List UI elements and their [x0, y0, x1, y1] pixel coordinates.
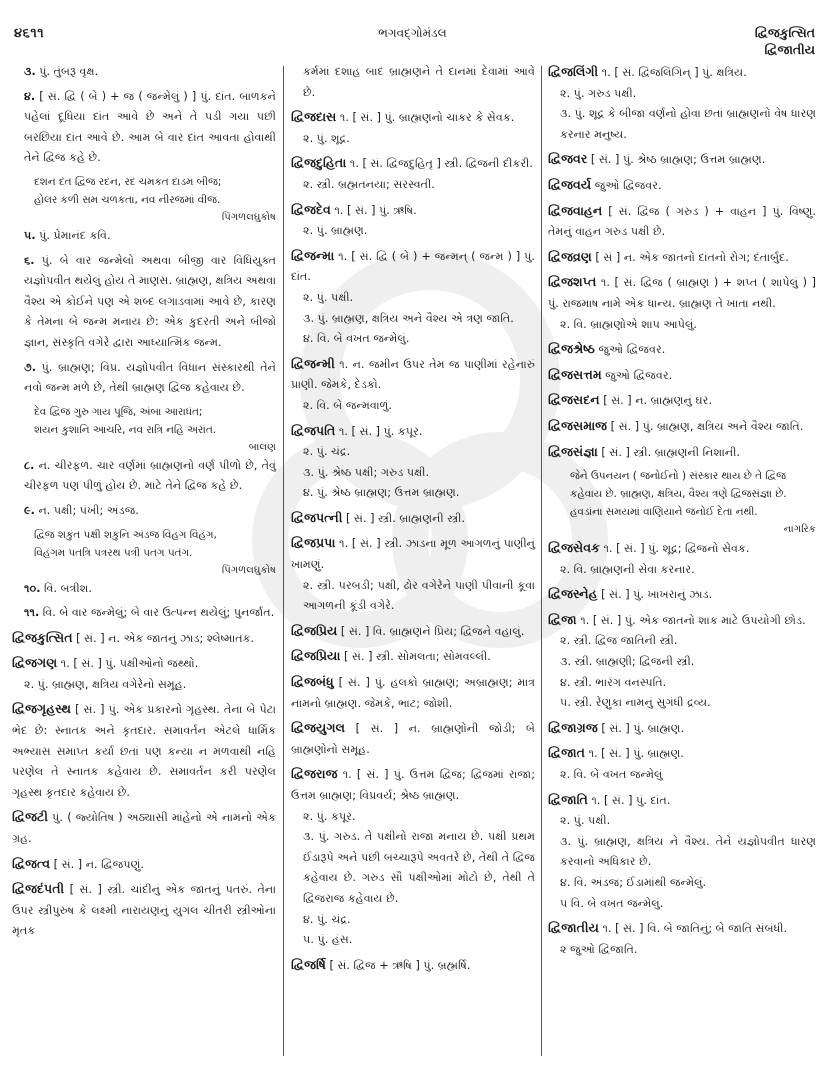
dictionary-entry: દ્વિજાતિ ૧. [ સં. ] પું. દાંત.૨. પું. પક…	[548, 790, 816, 915]
dictionary-entry: દ્વિજદાસ ૧. [ સં. ] પું. બ્રાહ્મણનો ચાકર…	[291, 107, 535, 149]
column-3: દ્વિજલિંગી ૧. [ સં. દ્વિજલિંગિન્ ] પું. …	[548, 62, 816, 964]
dictionary-entry: દ્વિજગૃહસ્થ [ સં. ] પું. એક પ્રકારનો ગૃહ…	[12, 699, 276, 803]
guide-words: દ્વિજકુત્સિત દ્વિજાતીય	[755, 24, 815, 58]
sense-definition: ૨. સ્ત્રી. બ્રહ્મતનયા; સરસ્વતી.	[291, 175, 535, 196]
headword: દ્વિજપ્રિય	[291, 623, 337, 638]
quote-line: હોલર કળી સમ ચળકતા, નવ નીરજમાં વીજ.	[12, 191, 276, 209]
citation-source: પિંગળલઘુકોષ	[12, 209, 276, 226]
sense-definition: ૮. ન. ચીરફળ. ચાર વર્ણમાં બ્રાહ્મણનો વર્ણ…	[12, 456, 276, 497]
sense-definition: ૨. વિ. બ્રાહ્મણની સેવા કરનાર.	[548, 560, 816, 581]
continued-text: કર્મમાં દશાહ બાદ બ્રાહ્મણને તે દાનમાં દે…	[291, 62, 535, 103]
sense-text: પું. બે વાર જન્મેલો અથવા બીજી વાર વિધિયુ…	[24, 254, 276, 349]
sense-definition: ૩. પું. બ્રાહ્મણ, ક્ષત્રિય અને વૈશ્ય એ ત…	[291, 309, 535, 330]
citation-quote: દ્વિજ શકુંત પક્ષી શકુનિ અંડજ વિહગ વિહંગ,…	[12, 526, 276, 579]
entry-definition: ૧. [ સં. ] પું. શૂદ્ર; દ્વિજનો સેવક.	[604, 542, 750, 555]
headword: દ્વિજર્ષિ	[291, 957, 326, 972]
dictionary-entry: દ્વિજન્મા ૧. [ સં. દ્વિ ( બે ) + જન્મન્ …	[291, 246, 535, 350]
dictionary-entry: દ્વિજસમાજ [ સં. ] પું. બ્રાહ્મણ, ક્ષત્રિ…	[548, 416, 816, 438]
dictionary-entry: દ્વિજટી પું. ( જ્યોતિષ ) અઠ્યાસી માંહેનો…	[12, 807, 276, 849]
dictionary-entry: દ્વિજાતીય ૧. [ સં. ] વિ. બે જાતિનું; બે …	[548, 918, 816, 960]
dictionary-entry: દ્વિજા ૧. [ સં. ] પું. એક જાતનો શાક માટે…	[548, 610, 816, 714]
dictionary-entry: દ્વિજવર [ સં. ] પું. શ્રેષ્ઠ બ્રાહ્મણ; ઉ…	[548, 149, 816, 171]
dictionary-entry: દ્વિજદંપતી [ સં. ] સ્ત્રી. ચાંદીનું એક જ…	[12, 879, 276, 942]
sense-definition: ૨. પું. શૂદ્ર.	[291, 129, 535, 150]
sense-number: ૬.	[24, 254, 35, 267]
dictionary-entry: દ્વિજત્વ [ સં. ] ન. દ્વિજપણું.	[12, 854, 276, 876]
sense-definition: ૨. પું. પક્ષી.	[548, 811, 816, 832]
headword: દ્વિજાત	[548, 745, 585, 760]
sense-number: ૫.	[24, 229, 36, 242]
quote-line: દશન દંત દ્વિજ રદન, રદ ચમકત દાડમ બીજ;	[12, 173, 276, 191]
headword: દ્વિજસ્નેહ	[548, 586, 598, 601]
column-1: ૩. પું. તુંબરૂ વૃક્ષ.૪. [ સં. દ્વિ ( બે …	[12, 62, 276, 946]
sense-definition: ૨. પું. બ્રાહ્મણ, ક્ષત્રિય વગેરેનો સમૂહ.	[12, 675, 276, 696]
sense-definition: ૭. પું. બ્રાહ્મણ; વિપ્ર. યજ્ઞોપવીત વિધાન…	[12, 358, 276, 399]
headword: દ્વિજબંધુ	[291, 674, 334, 689]
dictionary-entry: દ્વિજસ્નેહ [ સં. ] પું. ખાખરાનું ઝાડ.	[548, 584, 816, 606]
sense-number: ૯.	[24, 504, 35, 517]
sense-definition: ૬. પું. બે વાર જન્મેલો અથવા બીજી વાર વિધ…	[12, 251, 276, 354]
sense-definition: ૨. સ્ત્રી. દ્વિજ જાતિની સ્ત્રી.	[548, 631, 816, 652]
headword: દ્વિજસદન	[548, 392, 600, 407]
entry-definition: ૧. [ સં. ] પું. બ્રાહ્મણનો ચાકર કે સેવક.	[340, 111, 514, 124]
sense-definition: ૫. સ્ત્રી. રેણુકા નામનું સુગંધી દ્રવ્ય.	[548, 693, 816, 714]
sense-definition: ૪. વિ. અંડજ; ઈંડામાંથી જન્મેલું.	[548, 873, 816, 894]
sense-definition: ૨. વિ. બ્રાહ્મણોએ શાપ આપેલું.	[548, 315, 816, 336]
dictionary-entry: દ્વિજસંજ્ઞા [ સં. ] સ્ત્રી. બ્રાહ્મણની ન…	[548, 442, 816, 464]
sense-number: ૩.	[24, 65, 36, 78]
sense-text: પું. તુંબરૂ વૃક્ષ.	[39, 65, 98, 78]
entry-definition: જુઓ દ્વિજવર.	[595, 179, 662, 192]
quote-line: દેવ દ્વિજ ગુરુ ગાય પૂજિ, અંબા આરાધંત;	[12, 403, 276, 421]
dictionary-entry: દ્વિજસદન [ સં. ] ન. બ્રાહ્મણનું ઘર.	[548, 390, 816, 412]
headword: દ્વિજસેવક	[548, 540, 600, 555]
entry-definition: ૧. [ સં. ] પું. કપૂર.	[339, 425, 422, 438]
headword: દ્વિજપ્રિયા	[291, 648, 340, 663]
dictionary-entry: દ્વિજદેવ ૧. [ સં. ] પું. ઋષિ.૨. પું. બ્ર…	[291, 200, 535, 242]
dictionary-entry: દ્વિજદુહિતા ૧. [ સં. દ્વિજદુહિતૃ ] સ્ત્ર…	[291, 153, 535, 195]
sense-text: ન. ચીરફળ. ચાર વર્ણમાં બ્રાહ્મણનો વર્ણ પી…	[24, 459, 276, 493]
dictionary-entry: દ્વિજવાહન [ સં. દ્વિજ ( ગરુડ ) + વાહન ] …	[548, 201, 816, 243]
dictionary-columns: ૩. પું. તુંબરૂ વૃક્ષ.૪. [ સં. દ્વિ ( બે …	[0, 62, 825, 1062]
sense-definition: ૪. સ્ત્રી. ભારંગ વનસ્પતિ.	[548, 673, 816, 694]
entry-definition: જુઓ દ્વિજવર.	[598, 343, 665, 356]
headword: દ્વિજત્વ	[12, 856, 50, 871]
dictionary-entry: દ્વિજકુત્સિત [ સં. ] ન. એક જાતનું ઝાડ; શ…	[12, 628, 276, 650]
column-divider	[283, 66, 284, 1056]
sense-definition: ૩. પું. શ્રેષ્ઠ પક્ષી; ગરુડ પક્ષી.	[291, 463, 535, 484]
quote-line: વિહંગમ પતત્રિ પત્રરથ પત્રી પતગ પતંગ.	[12, 544, 276, 562]
dictionary-entry: દ્વિજસત્તમ જુઓ દ્વિજવર.	[548, 365, 816, 387]
sense-definition: ૨. સ્ત્રી. પરબડી; પક્ષી, ઢોર વગેરેને પાણ…	[291, 576, 535, 617]
sense-definition: ૨. પું. ચંદ્ર.	[291, 442, 535, 463]
dictionary-entry: દ્વિજશપ્ત ૧. [ સં. દ્વિજ ( બ્રાહ્મણ ) + …	[548, 272, 816, 335]
dictionary-entry: દ્વિજપતિ ૧. [ સં. ] પું. કપૂર.૨. પું. ચં…	[291, 421, 535, 504]
entry-definition: ૧. [ સં. ] પું. પક્ષીઓનો જથ્થો.	[61, 657, 199, 670]
page-header: ૪૬૧૧ ભગવદ્ગોમંડલ દ્વિજકુત્સિત દ્વિજાતીય	[0, 0, 825, 50]
book-title: ભગવદ્ગોમંડલ	[0, 26, 825, 41]
sense-number: ૧૦.	[24, 582, 40, 595]
sense-definition: ૫ વિ. બે વખત જન્મેલું.	[548, 894, 816, 915]
headword: દ્વિજરાજ	[291, 766, 338, 781]
sense-definition: ૨. વિ. બે જન્મવાળું.	[291, 396, 535, 417]
headword: દ્વિજાતીય	[548, 920, 599, 935]
column-2: કર્મમાં દશાહ બાદ બ્રાહ્મણને તે દાનમાં દે…	[291, 62, 535, 980]
sense-definition: ૩. પું. શૂદ્ર કે બીજા વર્ણનો હોવા છતાં બ…	[548, 104, 816, 145]
entry-definition: [ સં. ] સ્ત્રી. બ્રાહ્મણની નિશાની.	[601, 446, 740, 459]
entry-definition: [ સં ] ન. એક જાતનો દાંતનો રોગ; દંતાર્બુદ…	[595, 251, 788, 264]
entry-definition: ૧. [ સં. ] પું. ઋષિ.	[334, 204, 416, 217]
guide-word-last: દ્વિજાતીય	[755, 41, 815, 58]
headword: દ્વિજશપ્ત	[548, 274, 596, 289]
entry-definition: જુઓ દ્વિજવર.	[605, 369, 672, 382]
headword: દ્વિજકુત્સિત	[12, 630, 73, 645]
entry-definition: ૧. [ સં. ] પું. એક જાતનો શાક માટે ઉપયોગી…	[580, 614, 805, 627]
dictionary-entry: દ્વિજાત ૧. [ સં. ] પું. બ્રાહ્મણ.૨. વિ. …	[548, 743, 816, 785]
sense-number: ૮.	[24, 459, 34, 472]
headword: દ્વિજસંજ્ઞા	[548, 444, 598, 459]
headword: દ્વિજન્મી	[291, 356, 335, 371]
dictionary-entry: દ્વિજગણ ૧. [ સં. ] પું. પક્ષીઓનો જથ્થો.૨…	[12, 653, 276, 695]
dictionary-entry: દ્વિજન્મી ૧. ન. જમીન ઉપર તેમ જ પાણીમાં ર…	[291, 354, 535, 417]
quote-line: દ્વિજ શકુંત પક્ષી શકુનિ અંડજ વિહગ વિહંગ,	[12, 526, 276, 544]
guide-word-first: દ્વિજકુત્સિત	[755, 24, 815, 41]
entry-definition: ૧. [ સં. ] પું. દાંત.	[591, 794, 670, 807]
sense-number: ૪.	[24, 90, 35, 103]
sense-definition: ૨. વિ. બે વખત જન્મેલું	[548, 765, 816, 786]
sense-definition: ૪. વિ. બે વખત જન્મેલું.	[291, 329, 535, 350]
entry-definition: [ સં. ] પું. એક પ્રકારનો ગૃહસ્થ. તેના બે…	[12, 703, 276, 798]
headword: દ્વિજવર	[548, 151, 587, 166]
sense-definition: ૯. ન. પક્ષી; પંખી; અંડજ.	[12, 501, 276, 522]
entry-definition: ૧. [ સં. દ્વિજદુહિતૃ ] સ્ત્રી. દ્વિજની દ…	[350, 157, 533, 170]
dictionary-entry: દ્વિજપત્ની [ સં. ] સ્ત્રી. બ્રાહ્મણની સ્…	[291, 508, 535, 530]
headword: દ્વિજન્મા	[291, 248, 334, 263]
headword: દ્વિજસત્તમ	[548, 367, 602, 382]
entry-definition: [ સં. ] સ્ત્રી. સોમલતા; સોમવલ્લી.	[344, 650, 491, 663]
citation-quote: જેને ઉપનયન ( જનોઈનો ) સંસ્કાર થાય છે તે …	[548, 467, 816, 538]
sense-text: પું. પ્રેમાનંદ કવિ.	[39, 229, 110, 242]
sense-definition: ૧૦. વિ. બત્રીશ.	[12, 579, 276, 600]
headword: દ્વિજગૃહસ્થ	[12, 701, 71, 716]
sense-text: વિ. બે વાર જન્મેલું; બે વાર ઉત્પન્ન થયેલ…	[43, 606, 274, 619]
dictionary-entry: દ્વિજશ્રેષ્ઠ જુઓ દ્વિજવર.	[548, 339, 816, 361]
citation-quote: દશન દંત દ્વિજ રદન, રદ ચમકત દાડમ બીજ;હોલર…	[12, 173, 276, 226]
sense-definition: ૩. સ્ત્રી. બ્રાહ્મણી; દ્વિજની સ્ત્રી.	[548, 652, 816, 673]
dictionary-entry: દ્વિજયુગલ [ સં. ] ન. બ્રાહ્મણોની જોડી; બ…	[291, 718, 535, 760]
entry-definition: ૧. [ સં. ] પું. બ્રાહ્મણ.	[589, 747, 684, 760]
sense-definition: ૫. પું. પ્રેમાનંદ કવિ.	[12, 226, 276, 247]
entry-definition: [ સં. દ્વિજ + ઋષિ ] પું. બ્રહ્મર્ષિ.	[329, 959, 470, 972]
sense-definition: ૪. પું. શ્રેષ્ઠ બ્રાહ્મણ; ઉત્તમ બ્રાહ્મણ…	[291, 483, 535, 504]
sense-definition: ૫. પું. હંસ.	[291, 930, 535, 951]
sense-definition: ૩. પું. ગરુડ. તે પક્ષીનો રાજા મનાય છે. પ…	[291, 827, 535, 909]
headword: દ્વિજપત્ની	[291, 510, 342, 525]
headword: દ્વિજા	[548, 612, 577, 627]
column-divider	[541, 66, 542, 1056]
headword: દ્વિજગણ	[12, 655, 57, 670]
entry-definition: [ સં. ] પું. બ્રાહ્મણ, ક્ષત્રિય અને વૈશ્…	[611, 420, 804, 433]
dictionary-entry: દ્વિજરાજ ૧. [ સં. ] પું. ઉત્તમ દ્વિજ; દ્…	[291, 764, 535, 950]
sense-number: ૧૧.	[24, 606, 39, 619]
citation-source: નાગરિક	[548, 521, 816, 538]
headword: દ્વિજદંપતી	[12, 881, 64, 896]
entry-definition: ૧. [ સં. ] વિ. બે જાતિનું; બે જાતિ સંબંધ…	[602, 922, 787, 935]
headword: દ્વિજદુહિતા	[291, 155, 346, 170]
sense-number: ૭.	[24, 361, 36, 374]
headword: દ્વિજાતિ	[548, 792, 588, 807]
sense-definition: ૪. [ સં. દ્વિ ( બે ) + જ ( જન્મેલું ) ] …	[12, 87, 276, 169]
headword: દ્વિજયુગલ	[291, 720, 345, 735]
headword: દ્વિજદેવ	[291, 202, 331, 217]
headword: દ્વિજવાહન	[548, 203, 602, 218]
headword: દ્વિજવ્રણ	[548, 249, 592, 264]
quote-line: જેને ઉપનયન ( જનોઈનો ) સંસ્કાર થાય છે તે …	[548, 467, 816, 521]
citation-source: પિંગળલઘુકોષ	[12, 562, 276, 579]
sense-definition: ૧૧. વિ. બે વાર જન્મેલું; બે વાર ઉત્પન્ન …	[12, 603, 276, 624]
sense-definition: ૨. પું. બ્રાહ્મણ.	[291, 221, 535, 242]
dictionary-entry: દ્વિજબંધુ [ સં. ] પું. હલકો બ્રાહ્મણ; અબ…	[291, 672, 535, 714]
entry-definition: [ સં. ] સ્ત્રી. બ્રાહ્મણની સ્ત્રી.	[346, 512, 465, 525]
dictionary-entry: દ્વિજાગ્રજ [ સં. ] પું. બ્રાહ્મણ.	[548, 718, 816, 740]
entry-definition: [ સં. ] ન. દ્વિજપણું.	[54, 858, 144, 871]
dictionary-entry: દ્વિજપ્રપા ૧. [ સં. ] સ્ત્રી. ઝાડના મૂળ …	[291, 533, 535, 616]
entry-definition: [ સં. ] પું. બ્રાહ્મણ.	[601, 722, 684, 735]
sense-definition: ૨. પું. ગરુડ પક્ષી.	[548, 84, 816, 105]
dictionary-entry: દ્વિજલિંગી ૧. [ સં. દ્વિજલિંગિન્ ] પું. …	[548, 62, 816, 145]
entry-definition: પું. ( જ્યોતિષ ) અઠ્યાસી માંહેનો એ નામનો…	[12, 811, 276, 845]
headword: દ્વિજસમાજ	[548, 418, 607, 433]
headword: દ્વિજશ્રેષ્ઠ	[548, 341, 595, 356]
headword: દ્વિજવર્ય	[548, 177, 591, 192]
sense-definition: ૨ જુઓ દ્વિજાતિ.	[548, 940, 816, 961]
headword: દ્વિજપ્રપા	[291, 535, 335, 550]
entry-definition: [ સં. ] ન. એક જાતનું ઝાડ; શ્લેષ્માતક.	[76, 632, 254, 645]
dictionary-entry: દ્વિજર્ષિ [ સં. દ્વિજ + ઋષિ ] પું. બ્રહ્…	[291, 955, 535, 977]
headword: દ્વિજટી	[12, 809, 48, 824]
dictionary-entry: દ્વિજવર્ય જુઓ દ્વિજવર.	[548, 175, 816, 197]
sense-text: વિ. બત્રીશ.	[44, 582, 92, 595]
headword: દ્વિજપતિ	[291, 423, 335, 438]
headword: દ્વિજલિંગી	[548, 64, 598, 79]
entry-definition: [ સં. ] પું. ખાખરાનું ઝાડ.	[601, 588, 712, 601]
sense-definition: ૨. પું. કપૂર.	[291, 807, 535, 828]
quote-line: શયન કુશાનિ આચરિ, નવ રાત્રિ નહિ અરાંત.	[12, 421, 276, 439]
headword: દ્વિજાગ્રજ	[548, 720, 598, 735]
sense-text: ન. પક્ષી; પંખી; અંડજ.	[38, 504, 138, 517]
sense-definition: ૩. પું. બ્રાહ્મણ, ક્ષત્રિય ને વૈશ્ય. તેન…	[548, 832, 816, 873]
citation-source: બાલણ	[12, 439, 276, 456]
sense-definition: ૨. પું. પક્ષી.	[291, 288, 535, 309]
sense-text: પું. બ્રાહ્મણ; વિપ્ર. યજ્ઞોપવીત વિધાન સં…	[24, 361, 276, 395]
sense-definition: ૩. પું. તુંબરૂ વૃક્ષ.	[12, 62, 276, 83]
entry-definition: ૧. [ સં. દ્વિજલિંગિન્ ] પું. ક્ષત્રિય.	[602, 66, 747, 79]
citation-quote: દેવ દ્વિજ ગુરુ ગાય પૂજિ, અંબા આરાધંત;શયન…	[12, 403, 276, 456]
entry-definition: [ સં. ] પું. શ્રેષ્ઠ બ્રાહ્મણ; ઉત્તમ બ્ર…	[591, 153, 765, 166]
dictionary-entry: દ્વિજવ્રણ [ સં ] ન. એક જાતનો દાંતનો રોગ;…	[548, 247, 816, 269]
dictionary-entry: દ્વિજપ્રિયા [ સં. ] સ્ત્રી. સોમલતા; સોમવ…	[291, 646, 535, 668]
sense-definition: ૪. પું. ચંદ્ર.	[291, 910, 535, 931]
dictionary-entry: દ્વિજસેવક ૧. [ સં. ] પું. શૂદ્ર; દ્વિજનો…	[548, 538, 816, 580]
entry-definition: [ સં. ] ન. બ્રાહ્મણનું ઘર.	[603, 394, 712, 407]
dictionary-entry: દ્વિજપ્રિય [ સં. ] વિ. બ્રાહ્મણને પ્રિય;…	[291, 621, 535, 643]
entry-definition: [ સં. ] વિ. બ્રાહ્મણને પ્રિય; દ્વિજને વહ…	[341, 625, 524, 638]
sense-text: [ સં. દ્વિ ( બે ) + જ ( જન્મેલું ) ] પું…	[24, 90, 276, 165]
headword: દ્વિજદાસ	[291, 109, 336, 124]
